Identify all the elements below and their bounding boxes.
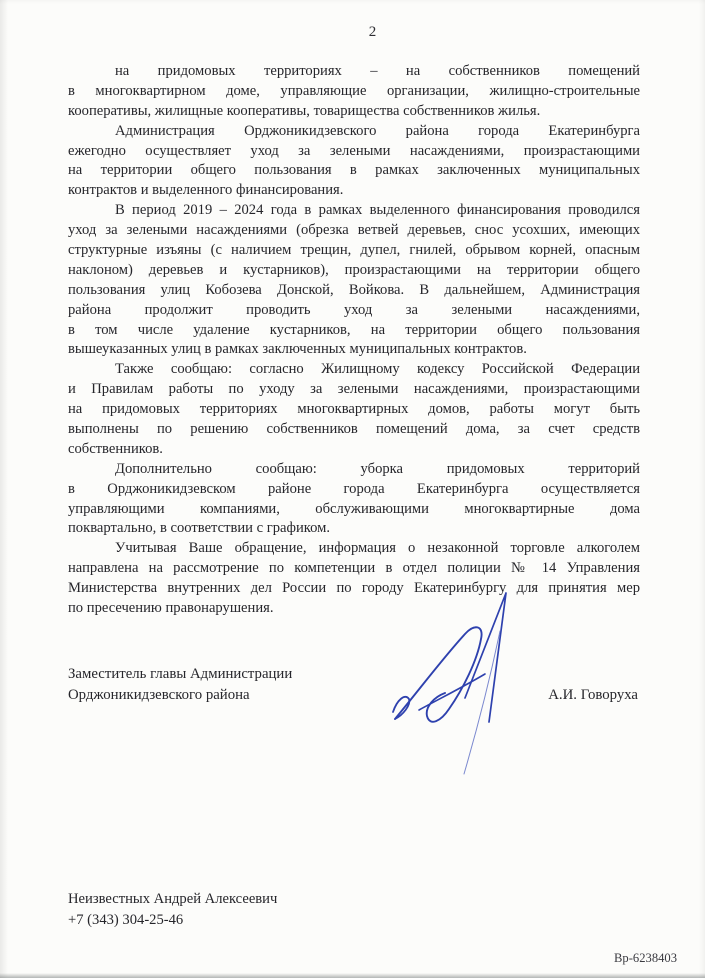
signer-name: А.И. Говоруха	[548, 685, 638, 706]
text-line: направлена на рассмотрение по компетенци…	[68, 559, 640, 579]
text-line: ежегодно осуществляет уход за зелеными н…	[68, 142, 640, 162]
text-line: структурные изъяны (с наличием трещин, д…	[68, 241, 640, 261]
text-line: уход за зелеными насаждениями (обрезка в…	[68, 221, 640, 241]
text-line: Министерства внутренних дел России по го…	[68, 579, 640, 599]
text-line: по пресечению правонарушения.	[68, 599, 640, 619]
text-line: Администрация Орджоникидзевского района …	[68, 122, 640, 142]
text-line: Также сообщаю: согласно Жилищному кодекс…	[68, 360, 640, 380]
document-code: Вр-6238403	[614, 951, 677, 966]
contact-block: Неизвестных Андрей Алексеевич +7 (343) 3…	[68, 889, 277, 931]
text-line: В период 2019 – 2024 года в рамках выдел…	[68, 201, 640, 221]
text-line: в Орджоникидзевском районе города Екатер…	[68, 480, 640, 500]
text-line: Дополнительно сообщаю: уборка придомовых…	[68, 460, 640, 480]
text-line: в том числе удаление кустарников, на тер…	[68, 321, 640, 341]
text-line: управляющими компаниями, обслуживающими …	[68, 500, 640, 520]
scanned-letter-page: 2 на придомовых территориях – на собстве…	[0, 0, 705, 978]
text-line: выполнены по решению собственников помещ…	[68, 420, 640, 440]
text-line: на придомовых территориях многоквартирны…	[68, 400, 640, 420]
contact-phone: +7 (343) 304-25-46	[68, 910, 277, 931]
text-line: Учитывая Ваше обращение, информация о не…	[68, 539, 640, 559]
text-line: на придомовых территориях – на собственн…	[68, 62, 640, 82]
text-line: района продолжит проводить уход за зелен…	[68, 301, 640, 321]
text-line: поквартально, в соответствии с графиком.	[68, 519, 640, 539]
text-line: в многоквартирном доме, управляющие орга…	[68, 82, 640, 102]
contact-person-name: Неизвестных Андрей Алексеевич	[68, 889, 277, 910]
page-number: 2	[0, 24, 705, 41]
text-line: кооперативы, жилищные кооперативы, товар…	[68, 102, 640, 122]
text-line: контрактов и выделенного финансирования.	[68, 181, 640, 201]
text-line: наклоном) деревьев и кустарников), произ…	[68, 261, 640, 281]
signature-block: Заместитель главы Администрации Орджоник…	[68, 664, 638, 724]
text-line: и Правилам работы по уходу за зелеными н…	[68, 380, 640, 400]
text-line: собственников.	[68, 440, 640, 460]
signer-position-line1: Заместитель главы Администрации	[68, 664, 638, 685]
text-line: вышеуказанных улиц в рамках заключенных …	[68, 340, 640, 360]
text-line: на территории общего пользования в рамка…	[68, 161, 640, 181]
text-line: пользования улиц Кобозева Донской, Войко…	[68, 281, 640, 301]
document-body: на придомовых территориях – на собственн…	[68, 62, 640, 619]
